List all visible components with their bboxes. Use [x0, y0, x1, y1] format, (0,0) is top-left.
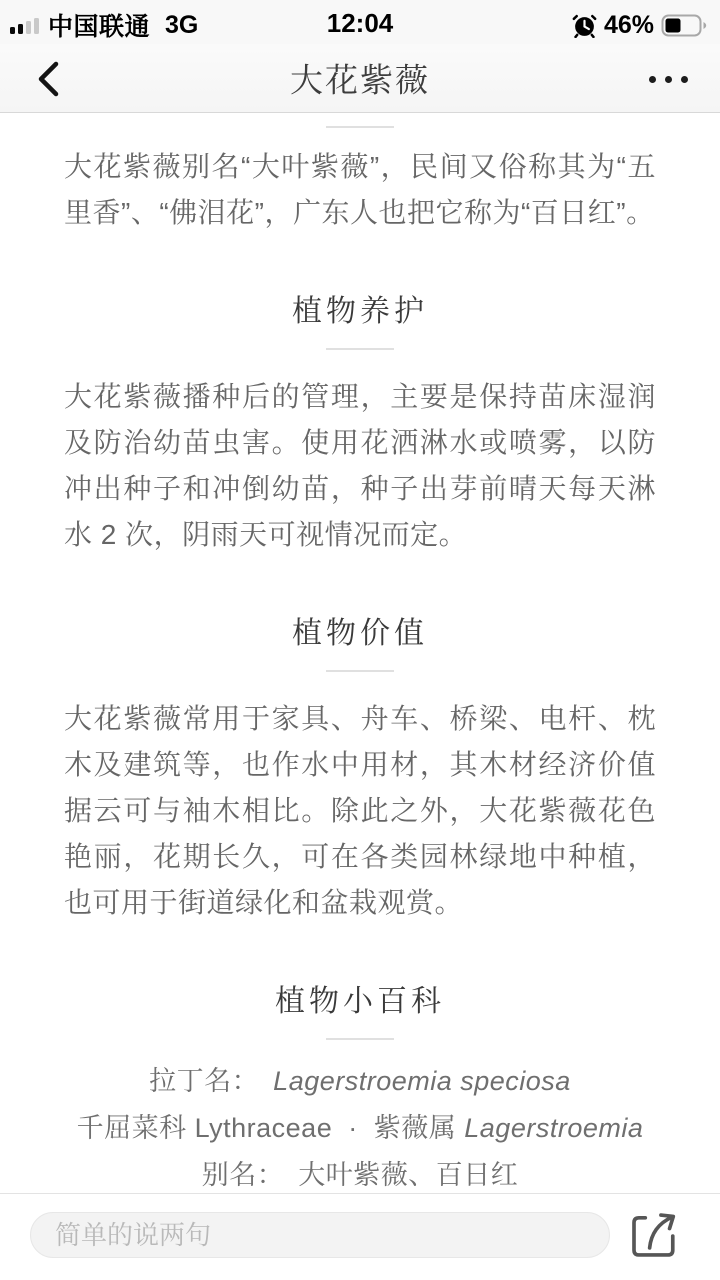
intro-paragraph: 大花紫薇别名“大叶紫薇”，民间又俗称其为“五里香”、“佛泪花”，广东人也把它称为… [64, 144, 656, 236]
back-button[interactable] [34, 60, 62, 98]
section-heading-encyclopedia: 植物小百科 [64, 982, 656, 1022]
alarm-clock-icon [572, 13, 597, 38]
nav-bar: 大花紫薇 [0, 44, 720, 113]
ellipsis-icon [649, 76, 656, 83]
battery-icon [661, 14, 708, 37]
latin-name-label: 拉丁名： [149, 1066, 259, 1096]
section-heading-value: 植物价值 [64, 614, 656, 654]
latin-name-value: Lagerstroemia speciosa [273, 1066, 571, 1096]
taxonomy-block: 拉丁名： Lagerstroemia speciosa 千屈菜科 Lythrac… [64, 1058, 656, 1193]
page-title: 大花紫薇 [290, 55, 430, 102]
latin-name-line: 拉丁名： Lagerstroemia speciosa [64, 1058, 656, 1105]
cellular-signal-icon [10, 17, 39, 34]
article-content[interactable]: 大花紫薇别名“大叶紫薇”，民间又俗称其为“五里香”、“佛泪花”，广东人也把它称为… [0, 113, 720, 1193]
plant-article-screen: 中国联通 3G 12:04 46% [0, 0, 720, 1280]
clock-time: 12:04 [327, 8, 394, 39]
battery-percent-label: 46% [604, 11, 654, 40]
comment-bar [0, 1193, 720, 1280]
network-type-label: 3G [165, 11, 198, 40]
status-right-cluster: 46% [572, 11, 708, 40]
share-export-icon [627, 1208, 683, 1262]
care-paragraph: 大花紫薇播种后的管理，主要是保持苗床湿润及防治幼苗虫害。使用花洒淋水或喷雾，以防… [64, 374, 656, 558]
section-divider [326, 1038, 394, 1040]
genus-label: 紫薇属 [374, 1113, 457, 1143]
chevron-left-icon [34, 60, 62, 98]
comment-input[interactable] [30, 1212, 610, 1258]
family-genus-line: 千屈菜科 Lythraceae · 紫薇属 Lagerstroemia [64, 1105, 656, 1152]
carrier-label: 中国联通 [48, 7, 150, 43]
middle-dot-separator: · [348, 1113, 358, 1143]
more-button[interactable] [649, 70, 688, 89]
family-name: 千屈菜科 Lythraceae [77, 1113, 333, 1143]
alias-label: 别名： [202, 1160, 285, 1190]
alias-line: 别名： 大叶紫薇、百日红 [64, 1152, 656, 1193]
status-left-cluster: 中国联通 3G [10, 7, 198, 43]
value-paragraph: 大花紫薇常用于家具、舟车、桥梁、电杆、枕木及建筑等，也作水中用材，其木材经济价值… [64, 696, 656, 926]
status-bar: 中国联通 3G 12:04 46% [0, 0, 720, 44]
section-divider [326, 670, 394, 672]
section-divider [326, 348, 394, 350]
section-divider-partial [326, 126, 394, 128]
section-heading-care: 植物养护 [64, 292, 656, 332]
share-button[interactable] [626, 1207, 684, 1263]
genus-latin-value: Lagerstroemia [464, 1113, 643, 1143]
alias-value: 大叶紫薇、百日红 [298, 1160, 518, 1190]
